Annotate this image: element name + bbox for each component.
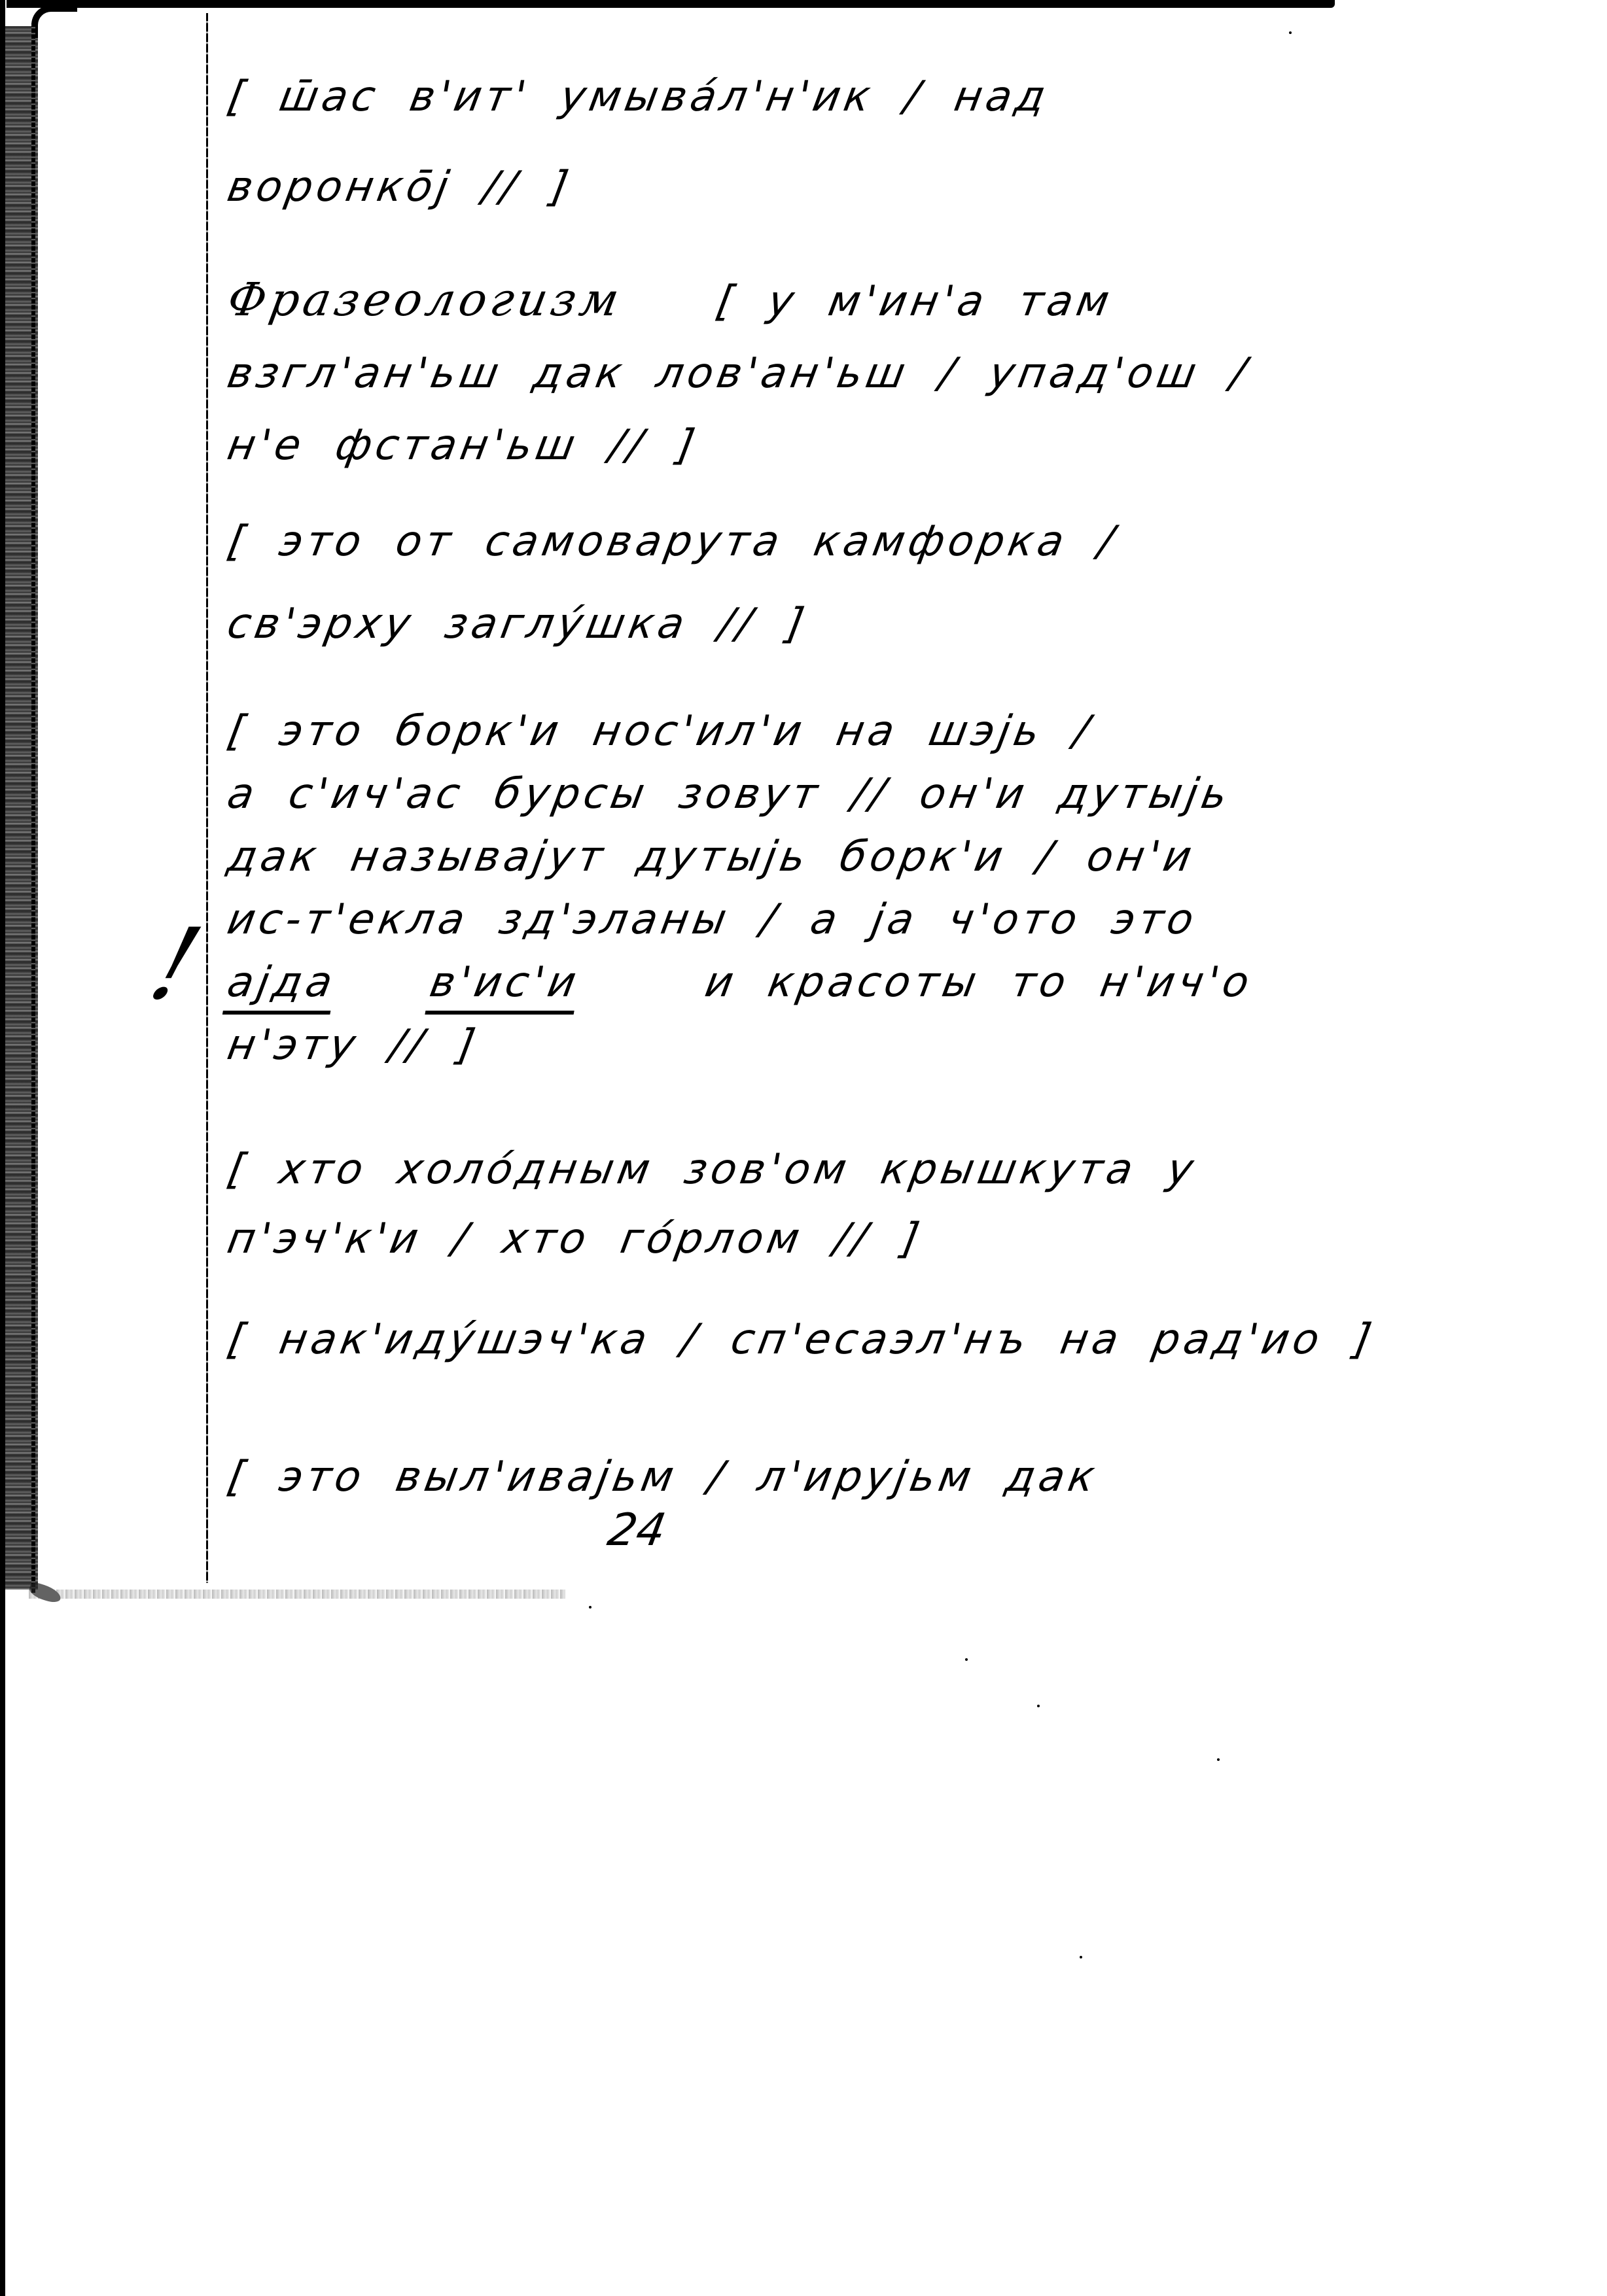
text-line: н'эту // ]: [222, 1014, 1477, 1077]
text-line: аjда в'ис'и и красоты то н'ич'о: [222, 951, 1477, 1014]
margin-rule: [206, 13, 208, 1583]
scan-speck: [1217, 1758, 1220, 1761]
entry-7: [ это выл'иваjьм / л'ируjьм дак: [222, 1446, 1466, 1508]
entry-2-phraseologism: Фразеологизм [ у м'ин'а там взгл'ан'ьш д…: [222, 268, 1466, 477]
scan-edge: [0, 0, 5, 2296]
scan-speck: [965, 1658, 968, 1661]
text-line: [ это от самоварута камфорка /: [222, 510, 1477, 573]
text-line: [ это выл'иваjьм / л'ируjьм дак: [222, 1446, 1477, 1508]
scan-speck: [589, 1606, 592, 1609]
scan-speck: [1080, 1956, 1082, 1958]
margin-exclamation-mark: !: [140, 916, 211, 1014]
text-line: ис-т'екла зд'эланы / а jа ч'ото это: [222, 888, 1477, 951]
page-left-border: [31, 23, 35, 1593]
text-line: [ хто холóдным зов'ом крышкута у: [222, 1138, 1477, 1201]
page-corner: [31, 5, 77, 38]
text-fragment: и красоты то н'ич'о: [701, 958, 1256, 1007]
text-line: св'эрху заглýшка // ]: [222, 593, 1477, 655]
underlined-word: в'ис'и: [426, 958, 583, 1007]
page-top-edge: [7, 0, 1335, 8]
text-line: а с'ич'ас бурсы зовут // он'и дутыjь: [222, 763, 1477, 826]
text-fragment: [ у м'ин'а там: [713, 277, 1117, 326]
text-line: дак называjут дутыjь борк'и / он'и: [222, 826, 1477, 888]
text-line: п'эч'к'и / хто гóрлом // ]: [222, 1208, 1477, 1270]
entry-4: [ это борк'и нос'ил'и на шэjь / а с'ич'а…: [222, 700, 1466, 1077]
text-line: [ это борк'и нос'ил'и на шэjь /: [222, 700, 1477, 763]
entry-5: [ хто холóдным зов'ом крышкута у п'эч'к'…: [222, 1138, 1466, 1270]
scan-speck: [1037, 1705, 1040, 1707]
text-line: [ ш̄ас в'ит' умывáл'н'ик / над: [222, 65, 1477, 128]
entry-1: [ ш̄ас в'ит' умывáл'н'ик / над воронко̄j…: [222, 65, 1466, 218]
text-line: [ нак'идýшэч'ка / сп'есаэл'нъ на рад'ио …: [222, 1308, 1477, 1371]
page-bottom-edge: [29, 1590, 565, 1599]
page-number: 24: [604, 1505, 669, 1556]
scan-speck: [1289, 31, 1292, 34]
text-line: воронко̄j // ]: [222, 156, 1477, 218]
text-line: н'е фстан'ьш // ]: [222, 414, 1477, 477]
entry-3: [ это от самоварута камфорка / св'эрху з…: [222, 510, 1466, 655]
underlined-word: аjда: [224, 958, 340, 1007]
text-line: взгл'ан'ьш дак лов'ан'ьш / упад'ош /: [222, 342, 1477, 405]
text-line: Фразеологизм [ у м'ин'а там: [222, 268, 1477, 333]
entry-label: Фразеологизм: [224, 273, 627, 326]
entry-6: [ нак'идýшэч'ка / сп'есаэл'нъ на рад'ио …: [222, 1308, 1466, 1371]
